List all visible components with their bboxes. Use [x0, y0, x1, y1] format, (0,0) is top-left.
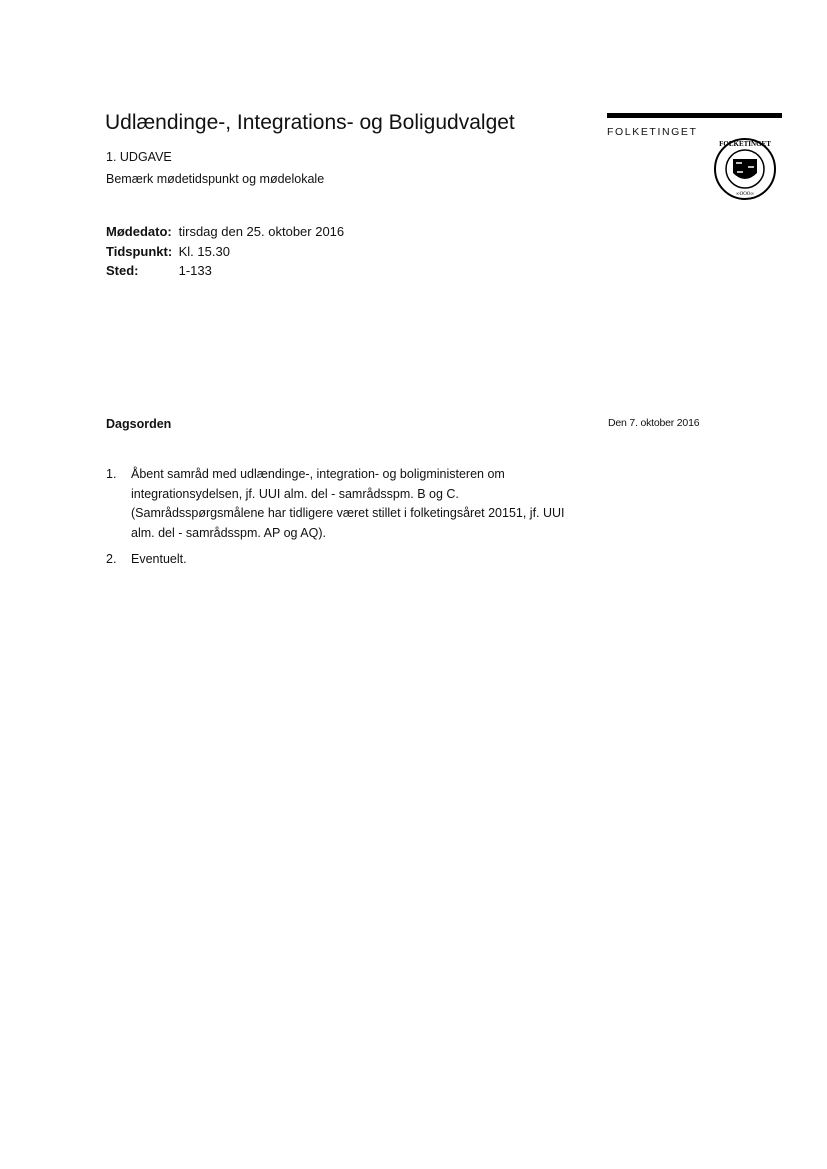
edition-label: 1. UDGAVE — [106, 150, 172, 164]
agenda-item-number: 2. — [106, 550, 116, 570]
meeting-place-label: Sted: — [106, 263, 175, 278]
agenda-title: Dagsorden — [106, 417, 171, 431]
folketinget-seal-icon: FOLKETINGET ∞OOO∞ — [711, 137, 779, 201]
meeting-time-value: Kl. 15.30 — [179, 244, 230, 259]
agenda-item-number: 1. — [106, 465, 116, 485]
committee-title: Udlændinge-, Integrations- og Boligudval… — [105, 111, 515, 135]
agenda-item: 1. Åbent samråd med udlændinge-, integra… — [106, 465, 586, 543]
svg-text:∞OOO∞: ∞OOO∞ — [736, 192, 754, 197]
meeting-note: Bemærk mødetidspunkt og mødelokale — [106, 172, 324, 186]
meeting-date-value: tirsdag den 25. oktober 2016 — [179, 224, 345, 239]
svg-text:FOLKETINGET: FOLKETINGET — [719, 140, 771, 148]
brand-name: FOLKETINGET — [607, 126, 698, 138]
agenda-item-text: Åbent samråd med udlændinge-, integratio… — [131, 465, 586, 543]
meeting-date-label: Mødedato: — [106, 224, 175, 239]
agenda-date: Den 7. oktober 2016 — [608, 417, 699, 429]
meeting-place-row: Sted: 1-133 — [106, 263, 212, 278]
agenda-item-text: Eventuelt. — [131, 550, 586, 570]
meeting-place-value: 1-133 — [179, 263, 212, 278]
meeting-time-row: Tidspunkt: Kl. 15.30 — [106, 244, 230, 259]
meeting-date-row: Mødedato: tirsdag den 25. oktober 2016 — [106, 224, 344, 239]
agenda-item: 2. Eventuelt. — [106, 550, 586, 570]
meeting-time-label: Tidspunkt: — [106, 244, 175, 259]
header-rule — [607, 113, 782, 118]
